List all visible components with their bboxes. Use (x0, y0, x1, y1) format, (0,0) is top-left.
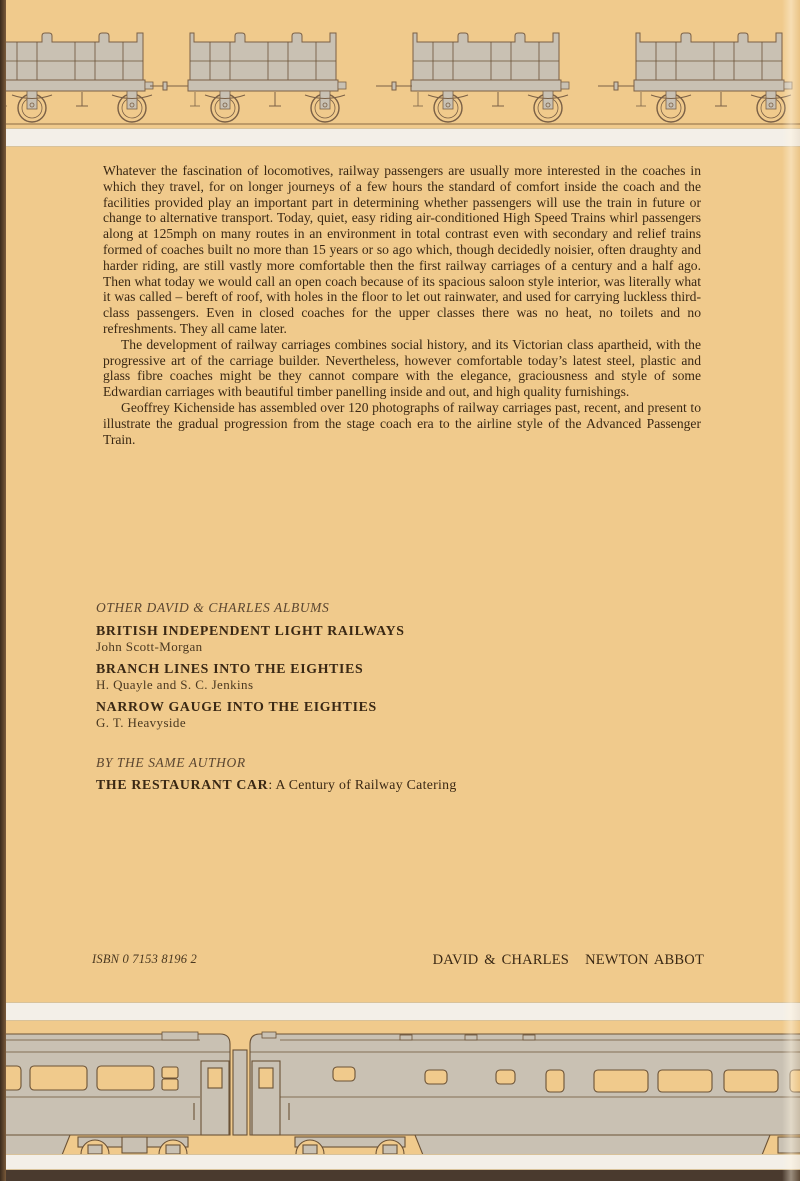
other-albums-list: OTHER DAVID & CHARLES ALBUMS BRITISH IND… (96, 600, 656, 737)
book-title: NARROW GAUGE INTO THE EIGHTIES (96, 699, 656, 715)
book-back-cover: Whatever the fascination of locomotives,… (0, 0, 800, 1181)
book-title: BRITISH INDEPENDENT LIGHT RAILWAYS (96, 623, 656, 639)
book-entry: NARROW GAUGE INTO THE EIGHTIES G. T. Hea… (96, 699, 656, 730)
isbn: ISBN 0 7153 8196 2 (92, 952, 197, 967)
blurb-paragraph: Geoffrey Kichenside has assembled over 1… (103, 400, 701, 447)
book-author: H. Quayle and S. C. Jenkins (96, 677, 656, 692)
same-author-section: BY THE SAME AUTHOR THE RESTAURANT CAR: A… (96, 755, 656, 793)
book-author: John Scott-Morgan (96, 639, 656, 654)
book-title: BRANCH LINES INTO THE EIGHTIES (96, 661, 656, 677)
decorative-band (6, 1154, 800, 1170)
top-carriages-illustration (0, 0, 800, 128)
section-heading: OTHER DAVID & CHARLES ALBUMS (96, 600, 656, 616)
bottom-coaches-illustration (0, 1020, 800, 1154)
publisher-name: DAVID & CHARLES (433, 952, 569, 968)
blurb-paragraph: The development of railway carriages com… (103, 337, 701, 400)
section-heading: BY THE SAME AUTHOR (96, 755, 656, 771)
publisher-place: NEWTON ABBOT (585, 952, 704, 968)
book-subtitle: : A Century of Railway Catering (268, 777, 456, 792)
decorative-band (6, 1002, 800, 1021)
blurb-paragraph: Whatever the fascination of locomotives,… (103, 163, 701, 337)
book-author: G. T. Heavyside (96, 715, 656, 730)
book-entry: BRANCH LINES INTO THE EIGHTIES H. Quayle… (96, 661, 656, 692)
cover-edge (0, 0, 6, 1181)
decorative-band (6, 128, 800, 147)
book-entry: BRITISH INDEPENDENT LIGHT RAILWAYS John … (96, 623, 656, 654)
background-surface (0, 1170, 800, 1181)
book-title: THE RESTAURANT CAR (96, 777, 268, 792)
spine-fold (782, 0, 800, 1181)
blurb-text: Whatever the fascination of locomotives,… (103, 163, 701, 447)
book-entry: THE RESTAURANT CAR: A Century of Railway… (96, 777, 656, 793)
publisher: DAVID & CHARLESNEWTON ABBOT (433, 952, 704, 969)
cover-footer: ISBN 0 7153 8196 2 DAVID & CHARLESNEWTON… (92, 952, 704, 972)
